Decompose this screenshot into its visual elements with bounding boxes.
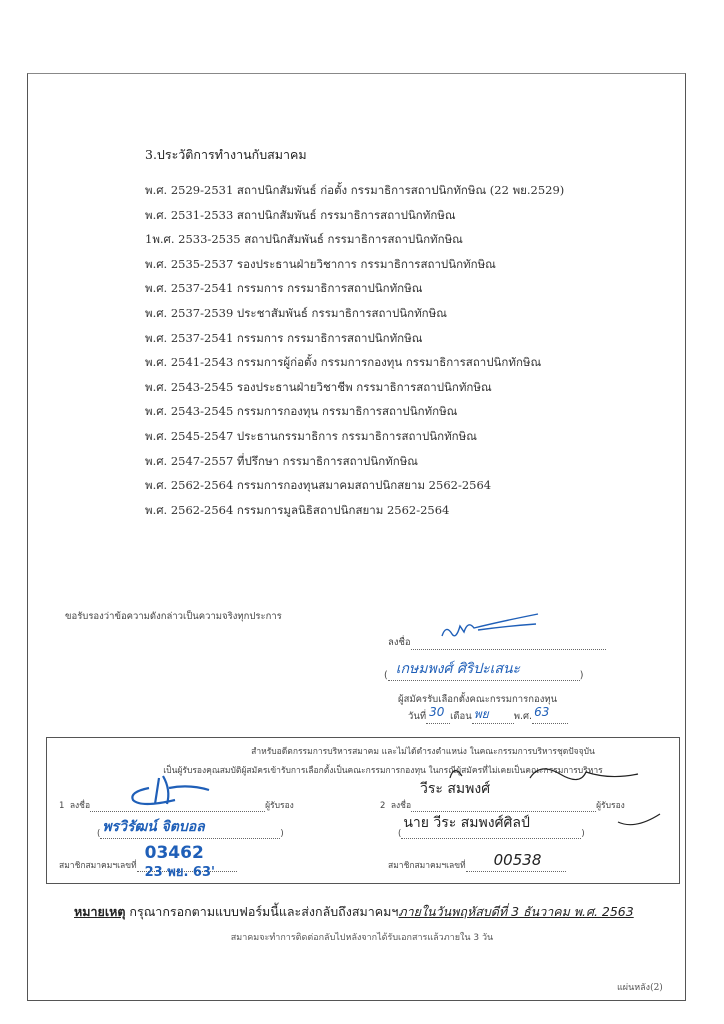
history-item: พ.ศ. 2562-2564 กรรมการกองทุนสมาคมสถาปนิก… (145, 475, 564, 500)
history-item: พ.ศ. 2541-2543 กรรมการผู้ก่อตั้ง กรรมการ… (145, 352, 564, 377)
member-number-field[interactable]: 00538 (466, 859, 566, 872)
endorser-number: 1 (59, 801, 64, 811)
endorser-number: 2 (380, 801, 385, 811)
endorsement-box: สำหรับอดีตกรรมการบริหารสมาคม และไม่ได้ดำ… (46, 737, 680, 884)
history-item: พ.ศ. 2529-2531 สถาปนิกสัมพันธ์ ก่อตั้ง ก… (145, 180, 564, 205)
contact-note: สมาคมจะทำการติดต่อกลับไปหลังจากได้รับเอก… (0, 930, 724, 944)
name-line[interactable]: พรวิรัฒน์ จิตบอล (100, 826, 280, 839)
note-text: กรุณากรอกตามแบบฟอร์มนี้และส่งกลับถึงสมาค… (125, 904, 398, 919)
signature-line[interactable] (411, 799, 596, 812)
history-item: พ.ศ. 2537-2541 กรรมการ กรรมาธิการสถาปนิก… (145, 278, 564, 303)
member-label: สมาชิกสมาคมฯเลขที่ (59, 861, 137, 871)
history-item: พ.ศ. 2547-2557 ที่ปรึกษา กรรมาธิการสถาปน… (145, 451, 564, 476)
member-number: 03462 (145, 843, 204, 863)
history-item: พ.ศ. 2531-2533 สถาปนิกสัมพันธ์ กรรมาธิกา… (145, 205, 564, 230)
work-history-list: พ.ศ. 2529-2531 สถาปนิกสัมพันธ์ ก่อตั้ง ก… (145, 180, 564, 524)
history-item: พ.ศ. 2543-2545 กรรมการกองทุน กรรมาธิการส… (145, 401, 564, 426)
day-value: 30 (429, 705, 444, 719)
member-number-field[interactable]: 0346223 พย. 63' (137, 859, 237, 872)
member-number: 00538 (494, 851, 542, 869)
section-title: 3.ประวัติการทำงานกับสมาคม (145, 145, 307, 165)
history-item: พ.ศ. 2543-2545 รองประธานฝ่ายวิชาชีพ กรรม… (145, 377, 564, 402)
history-item: พ.ศ. 2545-2547 ประธานกรรมาธิการ กรรมาธิก… (145, 426, 564, 451)
note: หมายเหตุ กรุณากรอกตามแบบฟอร์มนี้และส่งกล… (74, 902, 634, 922)
day-label: วันที่ (408, 711, 426, 722)
history-item: 1พ.ศ. 2533-2535 สถาปนิกสัมพันธ์ กรรมาธิก… (145, 229, 564, 254)
history-item: พ.ศ. 2537-2541 กรรมการ กรรมาธิการสถาปนิก… (145, 328, 564, 353)
year-label: พ.ศ. (514, 711, 532, 722)
endorser-name: พรวิรัฒน์ จิตบอล (102, 816, 204, 838)
history-item: พ.ศ. 2562-2564 กรรมการมูลนิธิสถาปนิกสยาม… (145, 500, 564, 525)
history-item: พ.ศ. 2537-2539 ประชาสัมพันธ์ กรรมาธิการส… (145, 303, 564, 328)
name-line[interactable]: เกษมพงศ์ ศิริปะเสนะ (388, 668, 580, 681)
role-label: ผู้รับรอง (265, 801, 294, 811)
year-field[interactable]: 63 (532, 711, 568, 724)
page-label: แผ่นหลัง(2) (617, 980, 663, 994)
year-value: 63 (534, 705, 549, 719)
note-deadline: ภายในวันพฤหัสบดีที่ 3 ธันวาคม พ.ศ. 2563 (398, 904, 633, 919)
applicant-name: เกษมพงศ์ ศิริปะเสนะ (396, 658, 520, 680)
signature-line[interactable] (90, 799, 265, 812)
member-label: สมาชิกสมาคมฯเลขที่ (388, 861, 466, 871)
day-field[interactable]: 30 (426, 711, 450, 724)
note-label: หมายเหตุ (74, 904, 125, 919)
history-item: พ.ศ. 2535-2537 รองประธานฝ่ายวิชาการ กรรม… (145, 254, 564, 279)
month-label: เดือน (450, 711, 472, 722)
certification-statement: ขอรับรองว่าข้อความดังกล่าวเป็นความจริงทุ… (65, 609, 282, 624)
sign-label: ลงชื่อ (70, 801, 90, 811)
name-line[interactable]: นาย วีระ สมพงศ์ศิลป์ (401, 826, 581, 839)
sign-label: ลงชื่อ (388, 637, 411, 648)
close-paren: ) (580, 670, 584, 681)
endorsement-heading: สำหรับอดีตกรรมการบริหารสมาคม และไม่ได้ดำ… (47, 744, 679, 758)
endorse-date: 23 พย. 63' (145, 861, 215, 882)
endorser-name: นาย วีระ สมพงศ์ศิลป์ (403, 812, 530, 834)
sign-label: ลงชื่อ (391, 801, 411, 811)
endorser-2-signature-text: วีระ สมพงศ์ (420, 781, 490, 797)
month-field[interactable]: พย (472, 711, 514, 724)
role-label: ผู้รับรอง (596, 801, 625, 811)
applicant-signature (438, 612, 548, 642)
month-value: พย (474, 705, 489, 724)
